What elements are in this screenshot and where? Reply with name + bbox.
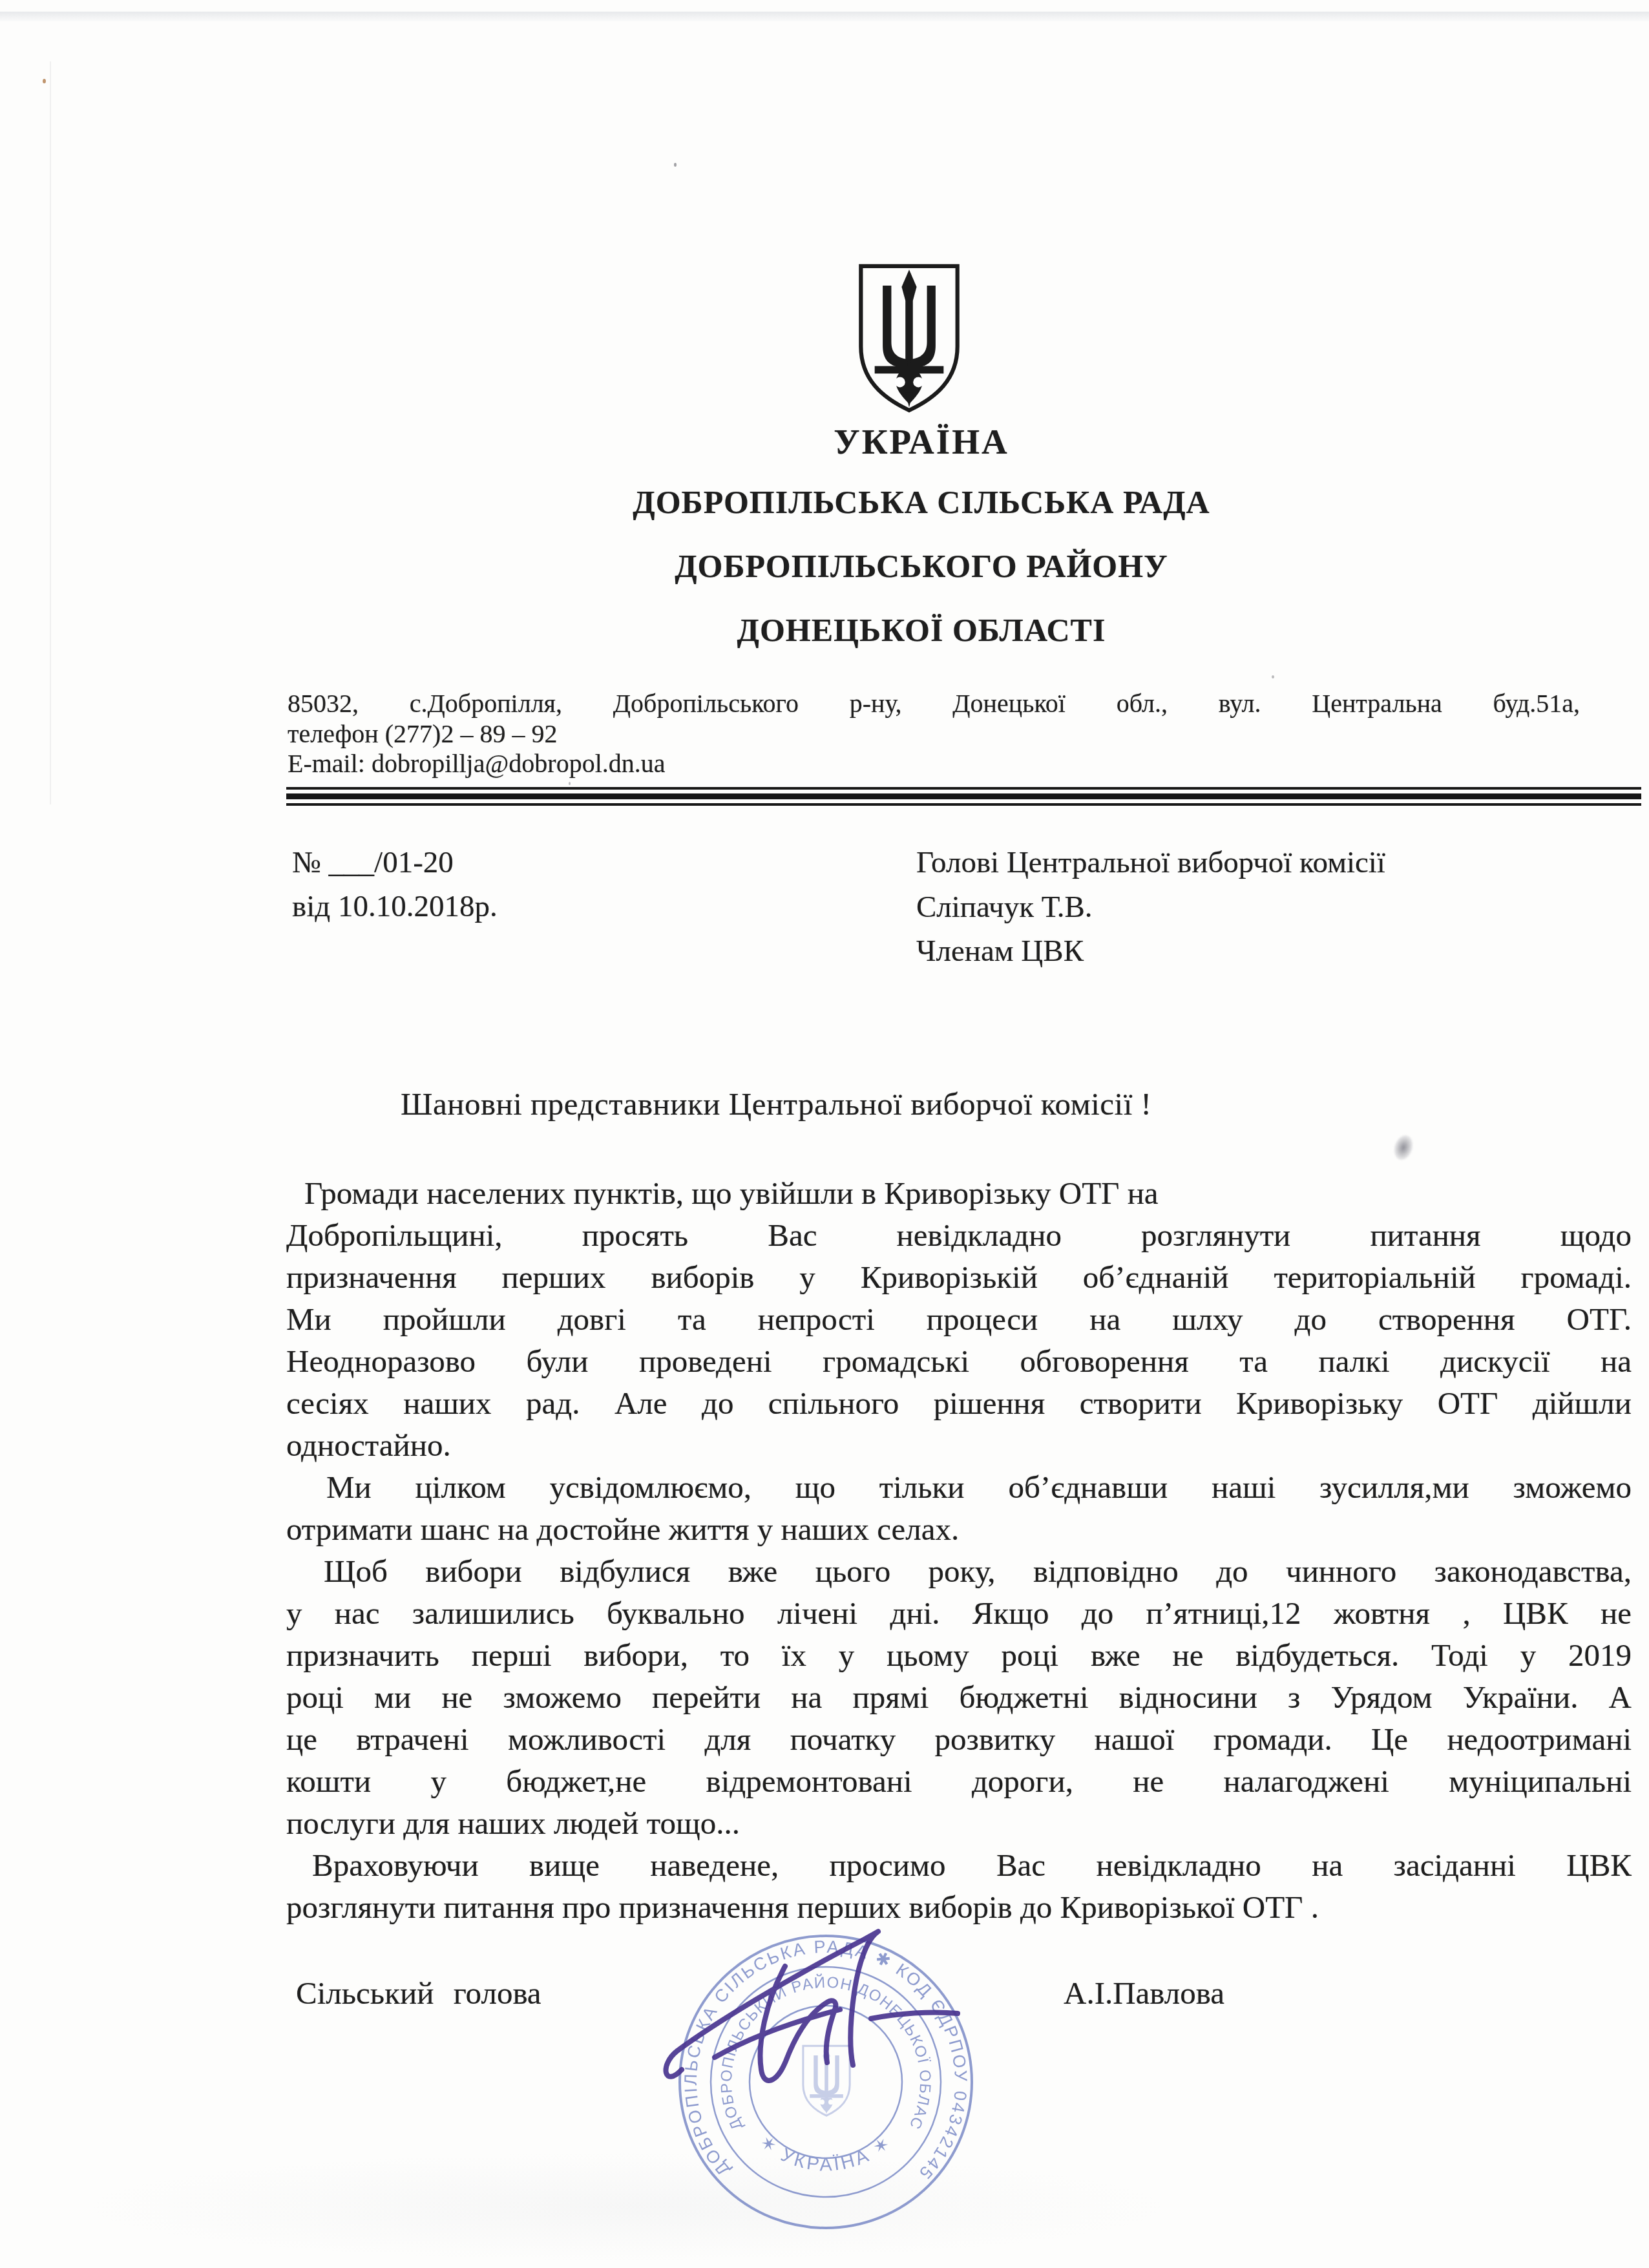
ref-number: № ___/01-20 — [292, 845, 454, 880]
body-line: Враховуючи вище наведене, просимо Вас не… — [286, 1844, 1632, 1886]
body-line: це втрачені можливості для початку розви… — [286, 1718, 1632, 1760]
letterhead-org-line: ДОБРОПІЛЬСЬКОГО РАЙОНУ — [194, 547, 1649, 585]
scan-speck — [569, 782, 571, 785]
body-line: у нас залишились буквально лічені дні. Я… — [286, 1592, 1632, 1634]
scan-edge-band — [0, 12, 1649, 21]
scan-bottom-wash — [78, 2152, 1176, 2262]
scanned-letter-page: { "document": { "country": "УКРАЇНА", "o… — [0, 0, 1649, 2268]
body-line: кошти у бюджет,не відремонтовані дороги,… — [286, 1760, 1632, 1802]
body-line: Громади населених пунктів, що увійшли в … — [286, 1172, 1632, 1214]
body-line: отримати шанс на достойне життя у наших … — [286, 1508, 1632, 1550]
svg-text:✶ УКРАЇНА ✶: ✶ УКРАЇНА ✶ — [755, 2132, 896, 2176]
separator-rule — [286, 787, 1641, 790]
scan-smudge — [1391, 1133, 1416, 1163]
separator-rule — [286, 803, 1641, 806]
body-line: році ми не зможемо перейти на прямі бюдж… — [286, 1676, 1632, 1718]
scan-edge-line — [50, 61, 51, 804]
body-line: сесіях наших рад. Але до спільного рішен… — [286, 1382, 1632, 1424]
body-line: Щоб вибори відбулися вже цього року, від… — [286, 1550, 1632, 1592]
addressee-line: Сліпачук Т.В. — [916, 890, 1562, 925]
letter-body: Громади населених пунктів, що увійшли в … — [286, 1172, 1632, 1928]
salutation: Шановні представники Центральної виборчо… — [401, 1086, 1151, 1122]
body-line: послуги для наших людей тощо... — [286, 1802, 1632, 1844]
handwritten-signature — [653, 1905, 1079, 2137]
body-line: Ми пройшли довгі та непрості процеси на … — [286, 1298, 1632, 1340]
letterhead-org-line: ДОНЕЦЬКОЇ ОБЛАСТІ — [194, 611, 1649, 649]
body-line: Добропільщині, просять Вас невідкладно р… — [286, 1214, 1632, 1256]
addressee-line: Голові Центральної виборчої комісії — [916, 845, 1562, 880]
body-line: Неодноразово були проведені громадські о… — [286, 1340, 1632, 1382]
stamp-bottom-text: ✶ УКРАЇНА ✶ — [755, 2132, 896, 2176]
signoff-title: Сільський голова — [296, 1975, 541, 2011]
letterhead-country: УКРАЇНА — [194, 421, 1649, 462]
body-line: Ми цілком усвідомлюємо, що тільки об’єдн… — [286, 1466, 1632, 1508]
body-line: призначить перші вибори, то їх у цьому р… — [286, 1634, 1632, 1676]
addressee-line: Членам ЦВК — [916, 934, 1562, 969]
ref-date: від 10.10.2018р. — [292, 889, 498, 924]
scan-speck — [1272, 675, 1274, 678]
scan-speck — [43, 79, 46, 83]
ukraine-trident-emblem-icon — [852, 260, 967, 415]
contact-phone: телефон (277)2 – 89 – 92 — [288, 719, 1580, 749]
letterhead-org-line: ДОБРОПІЛЬСЬКА СІЛЬСЬКА РАДА — [194, 483, 1649, 521]
scan-speck — [674, 163, 677, 167]
body-line: призначення перших виборів у Криворізькі… — [286, 1256, 1632, 1298]
contact-address: 85032, с.Добропілля, Добропільського р-н… — [288, 689, 1580, 719]
body-line: одностайно. — [286, 1424, 1632, 1466]
separator-rule — [286, 793, 1641, 799]
contact-email: E-mail: dobropillja@dobropol.dn.ua — [288, 749, 1580, 779]
signoff-name: А.І.Павлова — [1064, 1975, 1224, 2011]
